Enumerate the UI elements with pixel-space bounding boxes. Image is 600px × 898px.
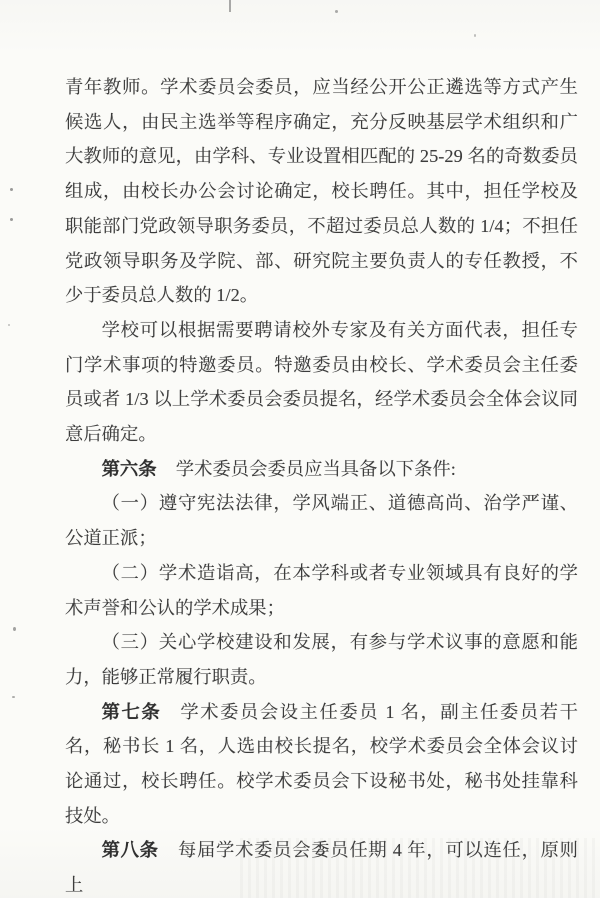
paragraph-text: （二）学术造诣高，在本学科或者专业领域具有良好的学术声誉和公认的学术成果；: [65, 563, 578, 618]
paragraph-text: （三）关心学校建设和发展，有参与学术议事的意愿和能力，能够正常履行职责。: [65, 632, 578, 687]
paragraph-text: 学校可以根据需要聘请校外专家及有关方面代表，担任专门学术事项的特邀委员。特邀委员…: [65, 320, 578, 444]
article-number: 第六条: [102, 459, 157, 479]
scanned-document: { "document": { "page_number": "3", "col…: [0, 0, 600, 898]
paragraph-item-3: （三）关心学校建设和发展，有参与学术议事的意愿和能力，能够正常履行职责。: [65, 625, 578, 694]
article-number: 第七条: [102, 702, 162, 722]
paragraph-text: 青年教师。学术委员会委员，应当经公开公正遴选等方式产生候选人，由民主选举等程序确…: [65, 77, 578, 305]
paragraph-text: 学术委员会委员应当具备以下条件:: [176, 459, 456, 479]
page-body: 青年教师。学术委员会委员，应当经公开公正遴选等方式产生候选人，由民主选举等程序确…: [0, 0, 600, 898]
paragraph-article-7: 第七条学术委员会设主任委员 1 名，副主任委员若干名，秘书长 1 名，人选由校长…: [65, 695, 578, 834]
paragraph-item-1: （一）遵守宪法法律，学风端正、道德高尚、治学严谨、公道正派；: [65, 486, 578, 555]
paragraph: 学校可以根据需要聘请校外专家及有关方面代表，担任专门学术事项的特邀委员。特邀委员…: [65, 313, 578, 452]
page-footer: 3: [65, 843, 578, 860]
paragraph-item-2: （二）学术造诣高，在本学科或者专业领域具有良好的学术声誉和公认的学术成果；: [65, 556, 578, 625]
paragraph-article-6: 第六条学术委员会委员应当具备以下条件:: [65, 452, 578, 487]
paragraph-text: （一）遵守宪法法律，学风端正、道德高尚、治学严谨、公道正派；: [65, 493, 578, 548]
paragraph: 青年教师。学术委员会委员，应当经公开公正遴选等方式产生候选人，由民主选举等程序确…: [65, 70, 578, 313]
page-number: 3: [318, 843, 325, 859]
